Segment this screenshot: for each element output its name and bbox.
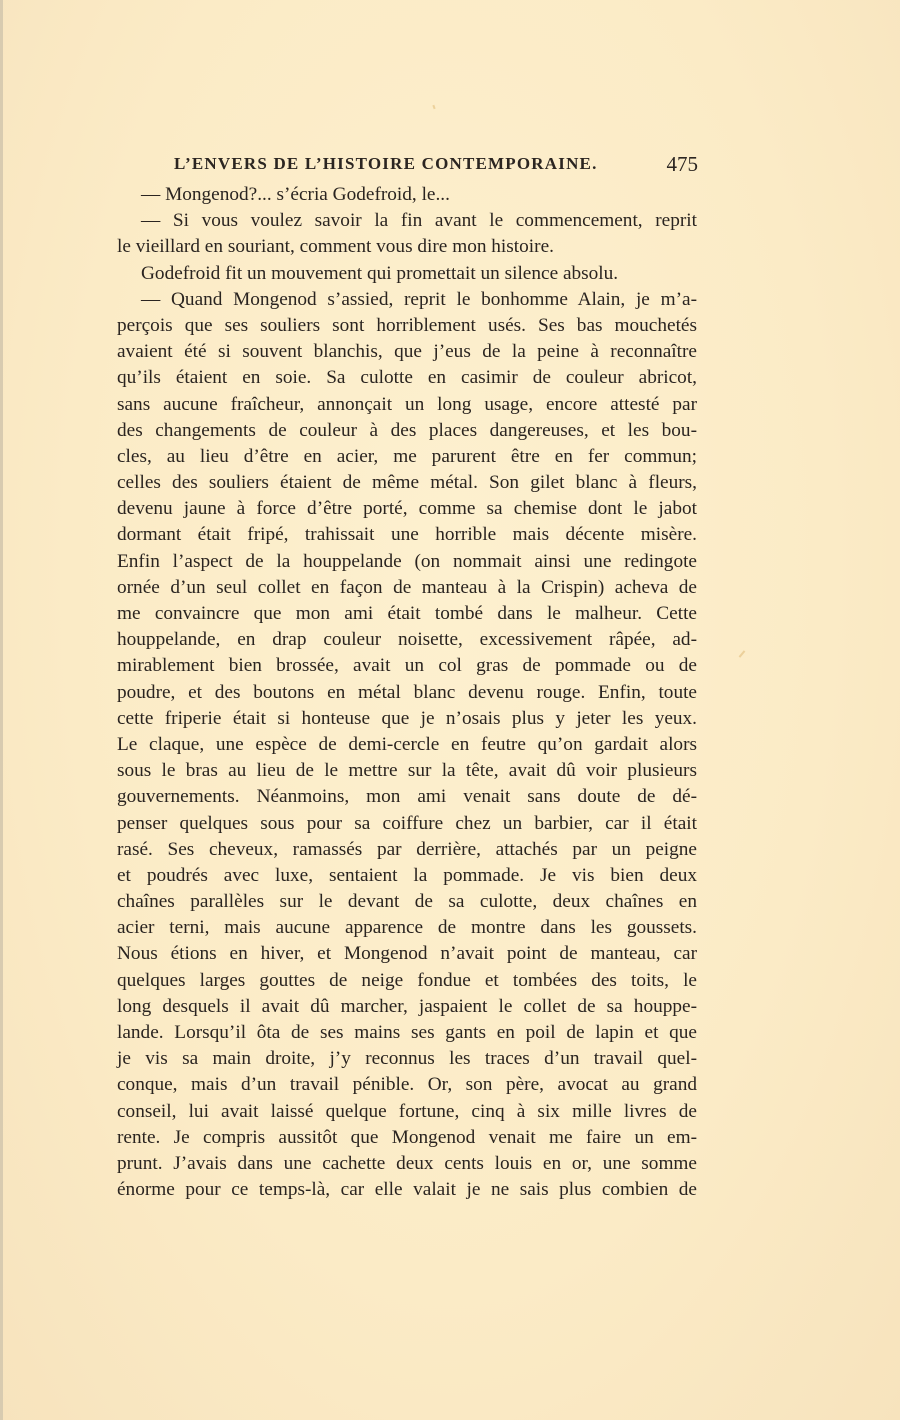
text-line: des changements de couleur à des places … [117, 418, 697, 444]
text-line: quelques larges gouttes de neige fondue … [117, 968, 697, 994]
page-edge [0, 0, 3, 1420]
text-line: conseil, lui avait laissé quelque fortun… [117, 1099, 697, 1125]
text-line: prunt. J’avais dans une cachette deux ce… [117, 1151, 697, 1177]
text-line: sans aucune fraîcheur, annonçait un long… [117, 392, 697, 418]
text-line: dormant était fripé, trahissait une horr… [117, 522, 697, 548]
text-line: me convaincre que mon ami était tombé da… [117, 601, 697, 627]
paper-fleck [739, 650, 746, 657]
page-number: 475 [667, 152, 699, 177]
text-line: mirablement bien brossée, avait un col g… [117, 653, 697, 679]
text-line: — Si vous voulez savoir la fin avant le … [117, 208, 697, 234]
text-line: conque, mais d’un travail pénible. Or, s… [117, 1072, 697, 1098]
text-line: cette friperie était si honteuse que je … [117, 706, 697, 732]
text-line: je vis sa main droite, j’y reconnus les … [117, 1046, 697, 1072]
text-line: et poudrés avec luxe, sentaient la pomma… [117, 863, 697, 889]
text-line: long desquels il avait dû marcher, jaspa… [117, 994, 697, 1020]
text-line: avaient été si souvent blanchis, que j’e… [117, 339, 697, 365]
text-line: — Mongenod?... s’écria Godefroid, le... [117, 182, 697, 208]
text-line: cles, au lieu d’être en acier, me parure… [117, 444, 697, 470]
text-line: poudre, et des boutons en métal blanc de… [117, 680, 697, 706]
text-line: celles des souliers étaient de même méta… [117, 470, 697, 496]
text-line: lande. Lorsqu’il ôta de ses mains ses ga… [117, 1020, 697, 1046]
text-line: Nous étions en hiver, et Mongenod n’avai… [117, 941, 697, 967]
text-line: rasé. Ses cheveux, ramassés par derrière… [117, 837, 697, 863]
text-line: gouvernements. Néanmoins, mon ami venait… [117, 784, 697, 810]
text-line: — Quand Mongenod s’assied, reprit le bon… [117, 287, 697, 313]
text-line: rente. Je compris aussitôt que Mongenod … [117, 1125, 697, 1151]
page-header: L’ENVERS DE L’HISTOIRE CONTEMPORAINE. 47… [174, 154, 698, 184]
text-line: le vieillard en souriant, comment vous d… [117, 234, 697, 260]
text-line: chaînes parallèles sur le devant de sa c… [117, 889, 697, 915]
text-line: Godefroid fit un mouvement qui promettai… [117, 261, 697, 287]
text-line: énorme pour ce temps-là, car elle valait… [117, 1177, 697, 1203]
text-line: ornée d’un seul collet en façon de mante… [117, 575, 697, 601]
text-line: perçois que ses souliers sont horribleme… [117, 313, 697, 339]
running-title: L’ENVERS DE L’HISTOIRE CONTEMPORAINE. [174, 154, 598, 174]
body-text: — Mongenod?... s’écria Godefroid, le...—… [117, 182, 697, 1203]
text-line: penser quelques sous pour sa coiffure ch… [117, 811, 697, 837]
text-line: qu’ils étaient en soie. Sa culotte en ca… [117, 365, 697, 391]
text-line: acier terni, mais aucune apparence de mo… [117, 915, 697, 941]
text-line: Le claque, une espèce de demi-cercle en … [117, 732, 697, 758]
text-line: sous le bras au lieu de le mettre sur la… [117, 758, 697, 784]
text-line: devenu jaune à force d’être porté, comme… [117, 496, 697, 522]
text-line: Enfin l’aspect de la houppelande (on nom… [117, 549, 697, 575]
paper-fleck [432, 105, 435, 109]
text-line: houppelande, en drap couleur noisette, e… [117, 627, 697, 653]
